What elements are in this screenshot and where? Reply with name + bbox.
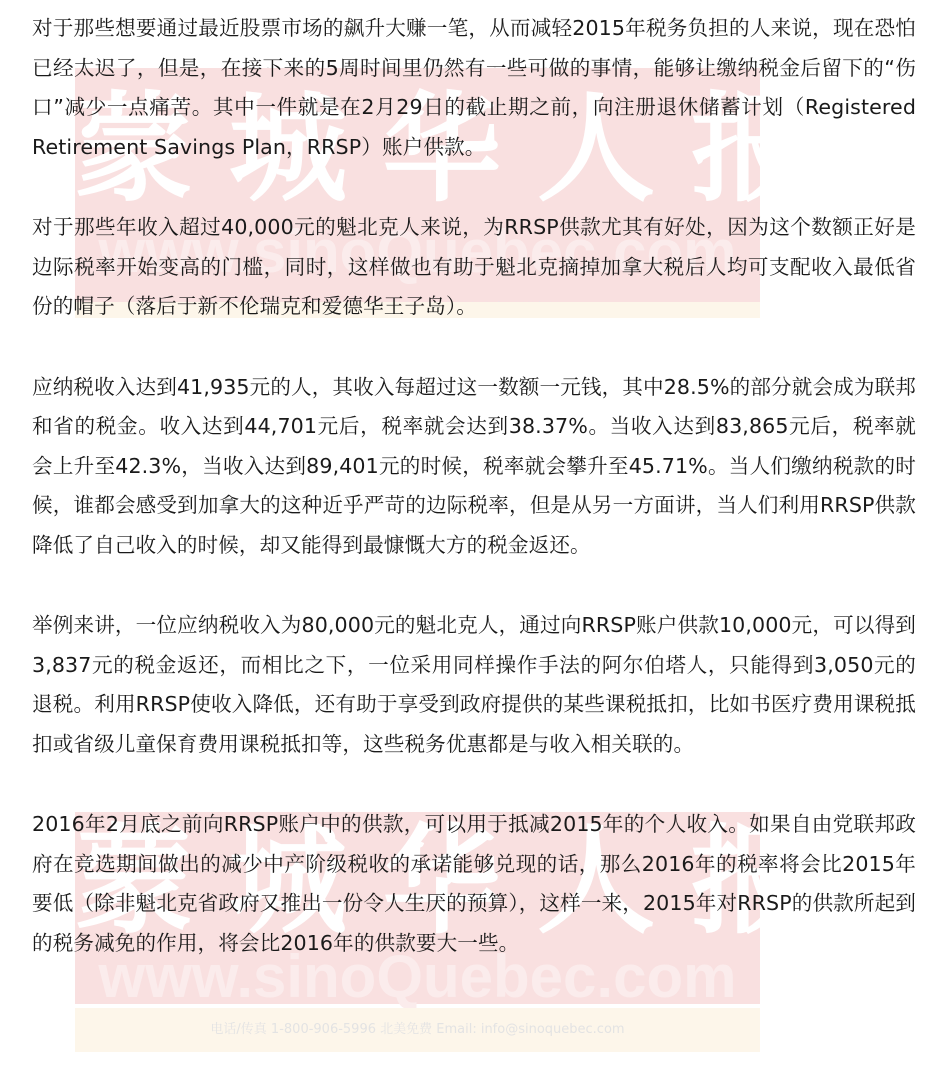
paragraph-rrsp-intro: 对于那些想要通过最近股票市场的飙升大赚一笔，从而减轻2015年税务负担的人来说，… [32,9,916,167]
paragraph-2016-outlook: 2016年2月底之前向RRSP账户中的供款，可以用于抵减2015年的个人收入。如… [32,805,916,963]
article-body: 对于那些想要通过最近股票市场的飙升大赚一笔，从而减轻2015年税务负担的人来说，… [0,0,948,963]
watermark-contact: 电话/传真 1-800-906-5996 北美免费 Email: info@si… [75,1008,760,1052]
paragraph-marginal-rates: 应纳税收入达到41,935元的人，其收入每超过这一数额一元钱，其中28.5%的部… [32,368,916,566]
paragraph-example: 举例来讲，一位应纳税收入为80,000元的魁北克人，通过向RRSP账户供款10,… [32,606,916,764]
paragraph-quebec-threshold: 对于那些年收入超过40,000元的魁北克人来说，为RRSP供款尤其有好处，因为这… [32,208,916,327]
